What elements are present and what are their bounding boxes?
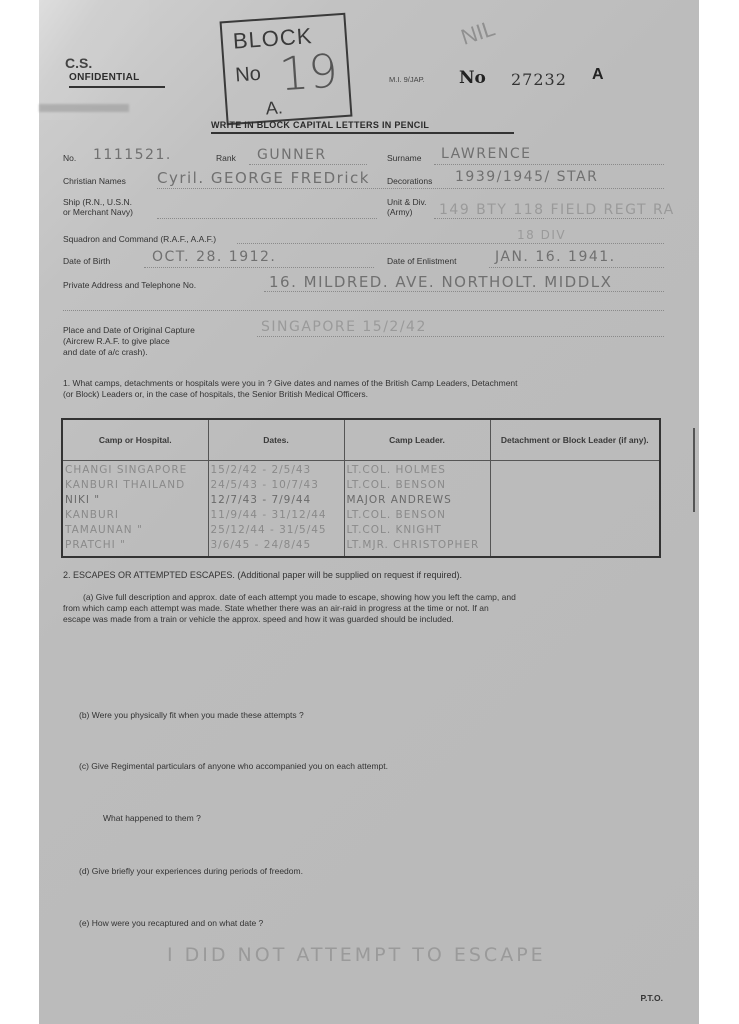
pto-label: P.T.O. — [640, 993, 663, 1003]
rank-value[interactable]: GUNNER — [257, 147, 327, 163]
form-page: C.S. ONFIDENTIAL BLOCK No 19 A. NIL M.I.… — [39, 0, 699, 1024]
leader-entry: MAJOR ANDREWS — [347, 493, 488, 508]
unit-label-1: Unit & Div. — [387, 197, 427, 207]
leader-entry: LT.COL. BENSON — [347, 508, 488, 523]
unit-label-2: (Army) — [387, 207, 413, 217]
squadron-label: Squadron and Command (R.A.F., A.A.F.) — [63, 234, 216, 244]
margin-mark — [693, 428, 695, 512]
ship-label-1: Ship (R.N., U.S.N. — [63, 197, 132, 207]
col-dates: Dates. — [208, 419, 344, 461]
no-value[interactable]: 1111521. — [93, 147, 172, 163]
dates-entry: 15/2/42 - 2/5/43 — [211, 463, 342, 478]
escape-answer[interactable]: I DID NOT ATTEMPT TO ESCAPE — [167, 944, 546, 966]
dob-label: Date of Birth — [63, 256, 110, 266]
camps-table: Camp or Hospital. Dates. Camp Leader. De… — [61, 418, 661, 558]
confidential-prefix: C.S. — [65, 55, 92, 71]
address-label: Private Address and Telephone No. — [63, 280, 196, 290]
section2-b: (b) Were you physically fit when you mad… — [79, 710, 304, 721]
stamp-letter: A. — [265, 97, 283, 119]
confidential-underline — [69, 86, 165, 88]
camp-cells[interactable]: CHANGI SINGAPORE KANBURI THAILAND NIKI "… — [62, 461, 208, 558]
camp-entry: KANBURI THAILAND — [65, 478, 206, 493]
ship-label-2: or Merchant Navy) — [63, 207, 133, 217]
surname-label: Surname — [387, 153, 422, 163]
block-leader-cells[interactable] — [490, 461, 660, 558]
christian-names-label: Christian Names — [63, 176, 126, 186]
section2-a-line2: from which camp each attempt was made. S… — [63, 603, 489, 614]
address-value[interactable]: 16. MILDRED. AVE. NORTHOLT. MIDDLX — [269, 273, 612, 291]
instruction-heading: WRITE IN BLOCK CAPITAL LETTERS IN PENCIL — [211, 120, 429, 130]
dates-entry: 3/6/45 - 24/8/45 — [211, 538, 342, 553]
enlistment-value[interactable]: JAN. 16. 1941. — [495, 249, 616, 265]
christian-names-value[interactable]: Cyril. GEORGE FREDrick — [157, 169, 370, 187]
block-stamp: BLOCK No 19 A. — [220, 13, 353, 126]
camp-entry: TAMAUNAN " — [65, 523, 206, 538]
section2-a-line1: (a) Give full description and approx. da… — [83, 592, 516, 603]
stamp-number: 19 — [277, 43, 339, 101]
dob-value[interactable]: OCT. 28. 1912. — [152, 249, 276, 265]
surname-value[interactable]: LAWRENCE — [441, 146, 531, 162]
camp-entry: CHANGI SINGAPORE — [65, 463, 206, 478]
form-reference: M.I. 9/JAP. — [389, 75, 425, 84]
col-camp: Camp or Hospital. — [62, 419, 208, 461]
capture-label-3: and date of a/c crash). — [63, 347, 148, 357]
leader-entry: LT.COL. HOLMES — [347, 463, 488, 478]
stamp-no-label: No — [235, 63, 262, 88]
section1-question-line2: (or Block) Leaders or, in the case of ho… — [63, 389, 368, 400]
instruction-underline — [211, 132, 514, 134]
rank-label: Rank — [216, 153, 236, 163]
camp-entry: PRATCHI " — [65, 538, 206, 553]
paper-fold — [39, 0, 149, 120]
col-block-leader: Detachment or Block Leader (if any). — [490, 419, 660, 461]
capture-value[interactable]: SINGAPORE 15/2/42 — [261, 319, 427, 335]
col-camp-leader: Camp Leader. — [344, 419, 490, 461]
dates-entry: 11/9/44 - 31/12/44 — [211, 508, 342, 523]
capture-label-2: (Aircrew R.A.F. to give place — [63, 336, 170, 346]
paper-smudge — [39, 104, 129, 112]
leader-entry: LT.MJR. CHRISTOPHER — [347, 538, 488, 553]
dates-entry: 25/12/44 - 31/5/45 — [211, 523, 342, 538]
leader-entry: LT.COL. KNIGHT — [347, 523, 488, 538]
serial-number: 27232 — [511, 70, 567, 89]
unit-value-2[interactable]: 18 DIV — [517, 228, 566, 242]
confidential-label: ONFIDENTIAL — [69, 72, 140, 83]
section2-title: 2. ESCAPES OR ATTEMPTED ESCAPES. (Additi… — [63, 570, 462, 581]
section2-a-line3: escape was made from a train or vehicle … — [63, 614, 454, 625]
camp-entry: KANBURI — [65, 508, 206, 523]
no-label: No. — [63, 153, 76, 163]
grade-letter: A — [592, 66, 604, 84]
dates-cells[interactable]: 15/2/42 - 2/5/43 24/5/43 - 10/7/43 12/7/… — [208, 461, 344, 558]
nil-annotation: NIL — [458, 15, 499, 50]
dates-entry: 12/7/43 - 7/9/44 — [211, 493, 342, 508]
leader-cells[interactable]: LT.COL. HOLMES LT.COL. BENSON MAJOR ANDR… — [344, 461, 490, 558]
section1-question-line1: 1. What camps, detachments or hospitals … — [63, 378, 518, 389]
section2-d: (d) Give briefly your experiences during… — [79, 866, 303, 877]
section2-c: (c) Give Regimental particulars of anyon… — [79, 761, 388, 772]
number-symbol: No — [459, 68, 486, 88]
capture-label-1: Place and Date of Original Capture — [63, 325, 195, 335]
section2-c-followup: What happened to them ? — [103, 813, 201, 824]
enlistment-label: Date of Enlistment — [387, 256, 456, 266]
decorations-label: Decorations — [387, 176, 432, 186]
camp-entry: NIKI " — [65, 493, 206, 508]
unit-value-1[interactable]: 149 BTY 118 FIELD REGT RA — [439, 202, 675, 218]
leader-entry: LT.COL. BENSON — [347, 478, 488, 493]
section2-e: (e) How were you recaptured and on what … — [79, 918, 263, 929]
dates-entry: 24/5/43 - 10/7/43 — [211, 478, 342, 493]
decorations-value[interactable]: 1939/1945/ STAR — [455, 169, 598, 185]
